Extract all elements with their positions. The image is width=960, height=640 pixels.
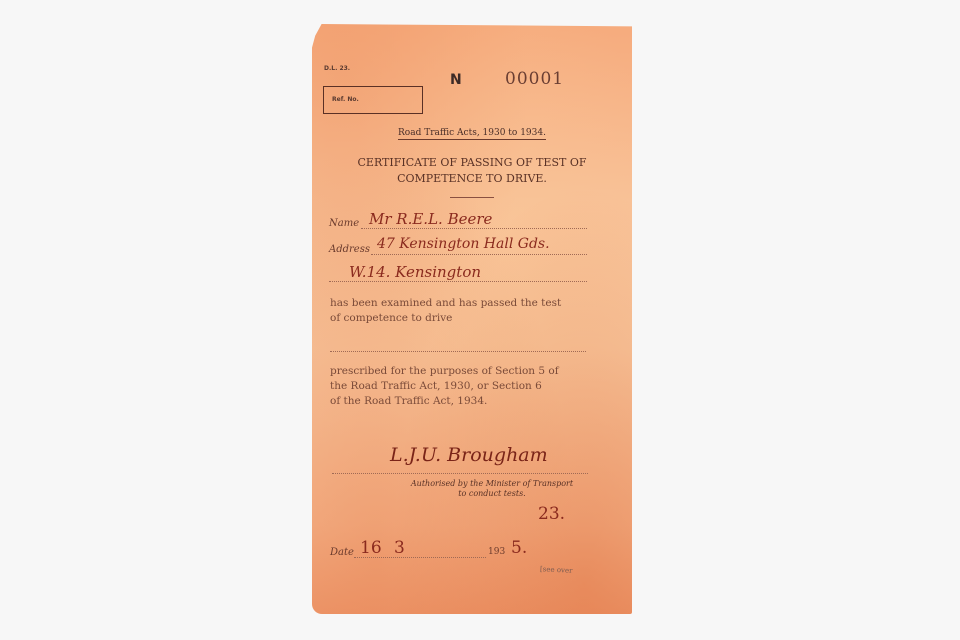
- certificate-title: CERTIFICATE OF PASSING OF TEST OF COMPET…: [312, 155, 632, 187]
- address-line-2: W.14. Kensington: [349, 263, 481, 281]
- address-dotted-line-1: [371, 254, 587, 255]
- address-label: Address: [329, 244, 370, 255]
- prescribed-line-2: the Road Traffic Act, 1930, or Section 6: [330, 379, 610, 394]
- passed-line-2: of competence to drive: [330, 311, 600, 326]
- prescribed-line-3: of the Road Traffic Act, 1934.: [330, 394, 610, 409]
- ref-number-box: Ref. No.: [323, 86, 423, 114]
- address-line-1: 47 Kensington Hall Gds.: [377, 236, 550, 252]
- acts-heading: Road Traffic Acts, 1930 to 1934.: [312, 128, 632, 138]
- date-field: Date 16 3 193 5.: [330, 542, 540, 560]
- examiner-signature: L.J.U. Brougham: [390, 444, 548, 466]
- name-label: Name: [329, 218, 359, 229]
- see-over-note: [see over: [540, 565, 573, 575]
- authorised-line-2: to conduct tests.: [372, 489, 612, 499]
- name-value: Mr R.E.L. Beere: [369, 210, 492, 228]
- date-month: 3: [394, 538, 405, 558]
- address-dotted-line-2: [329, 281, 587, 282]
- name-field: Name Mr R.E.L. Beere: [329, 214, 589, 230]
- serial-prefix: N: [450, 72, 462, 88]
- signature-dotted-line: [332, 473, 588, 474]
- year-prefix: 193: [488, 547, 505, 557]
- serial-number: 00001: [505, 69, 564, 89]
- driving-certificate: D.L. 23. Ref. No. N 00001 Road Traffic A…: [312, 24, 632, 614]
- date-day: 16: [360, 538, 382, 558]
- title-line-2: COMPETENCE TO DRIVE.: [312, 171, 632, 187]
- name-dotted-line: [361, 228, 587, 229]
- ref-number-label: Ref. No.: [332, 96, 359, 103]
- passed-statement: has been examined and has passed the tes…: [330, 296, 600, 326]
- authorised-line-1: Authorised by the Minister of Transport: [372, 479, 612, 489]
- date-label: Date: [330, 547, 354, 558]
- title-line-1: CERTIFICATE OF PASSING OF TEST OF: [312, 155, 632, 171]
- prescribed-statement: prescribed for the purposes of Section 5…: [330, 364, 610, 409]
- vehicle-class-dotted-line: [330, 351, 586, 352]
- year-suffix: 5.: [511, 538, 527, 558]
- address-field-2: W.14. Kensington: [329, 267, 589, 285]
- handwritten-annotation: 23.: [538, 504, 565, 524]
- authorised-caption: Authorised by the Minister of Transport …: [372, 479, 612, 499]
- passed-line-1: has been examined and has passed the tes…: [330, 296, 600, 311]
- title-divider: [450, 197, 494, 198]
- acts-heading-text: Road Traffic Acts, 1930 to 1934.: [398, 128, 546, 140]
- address-field: Address 47 Kensington Hall Gds.: [329, 240, 589, 256]
- form-code: D.L. 23.: [324, 65, 350, 72]
- prescribed-line-1: prescribed for the purposes of Section 5…: [330, 364, 610, 379]
